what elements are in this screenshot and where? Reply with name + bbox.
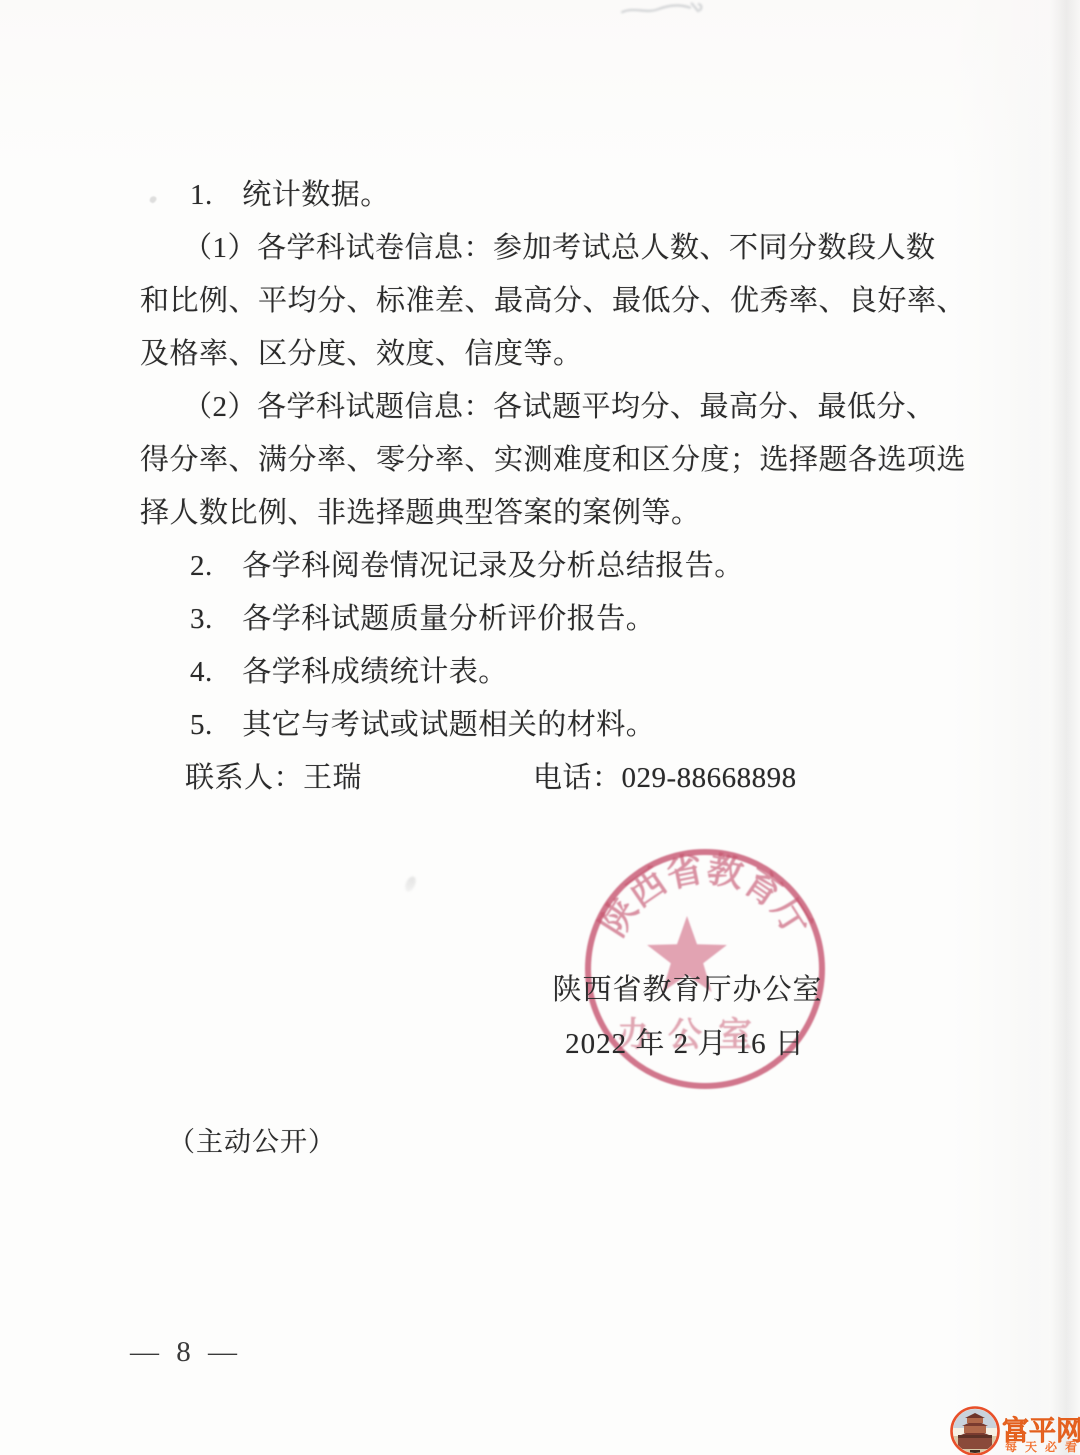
official-seal: 陕西省教育厅 办公室 <box>575 842 835 1102</box>
page-number: — 8 — <box>130 1336 242 1369</box>
seal-arc-text: 陕西省教育厅 <box>593 849 818 943</box>
body-line: 得分率、满分率、零分率、实测难度和区分度；选择题各选项选 <box>140 434 950 487</box>
scan-smudge-artifact <box>620 0 707 19</box>
signature-date: 2022 年 2 月 16 日 <box>555 1027 815 1061</box>
body-line: 5. 其它与考试或试题相关的材料。 <box>140 699 950 752</box>
contact-person: 联系人：王瑞 <box>140 762 362 794</box>
disclosure-note: （主动公开） <box>168 1120 336 1159</box>
document-body: 1. 统计数据。 （1）各学科试卷信息：参加考试总人数、不同分数段人数 和比例、… <box>140 169 950 805</box>
document-page: 1. 统计数据。 （1）各学科试卷信息：参加考试总人数、不同分数段人数 和比例、… <box>0 0 1080 1455</box>
body-line: 及格率、区分度、效度、信度等。 <box>140 328 950 381</box>
body-line: 择人数比例、非选择题典型答案的案例等。 <box>140 487 950 540</box>
page-edge-shadow <box>1050 0 1080 1455</box>
body-line: 3. 各学科试题质量分析评价报告。 <box>140 593 950 646</box>
contact-line: 联系人：王瑞 电话：029-88668898 <box>140 752 950 805</box>
scan-mark-artifact <box>403 875 418 893</box>
body-line: 和比例、平均分、标准差、最高分、最低分、优秀率、良好率、 <box>140 275 950 328</box>
body-line: （1）各学科试卷信息：参加考试总人数、不同分数段人数 <box>140 222 950 275</box>
body-line: 4. 各学科成绩统计表。 <box>140 646 950 699</box>
contact-phone: 电话：029-88668898 <box>533 752 797 805</box>
signature-office: 陕西省教育厅办公室 <box>540 974 835 1006</box>
watermark-tagline: 每天必看 <box>1005 1438 1080 1455</box>
fuping-watermark: 富平网 每天必看 <box>948 1402 1080 1455</box>
fuping-tower-icon <box>950 1406 1000 1455</box>
body-line: 2. 各学科阅卷情况记录及分析总结报告。 <box>140 540 950 593</box>
body-line: 1. 统计数据。 <box>140 169 950 222</box>
body-line: （2）各学科试题信息：各试题平均分、最高分、最低分、 <box>140 381 950 434</box>
